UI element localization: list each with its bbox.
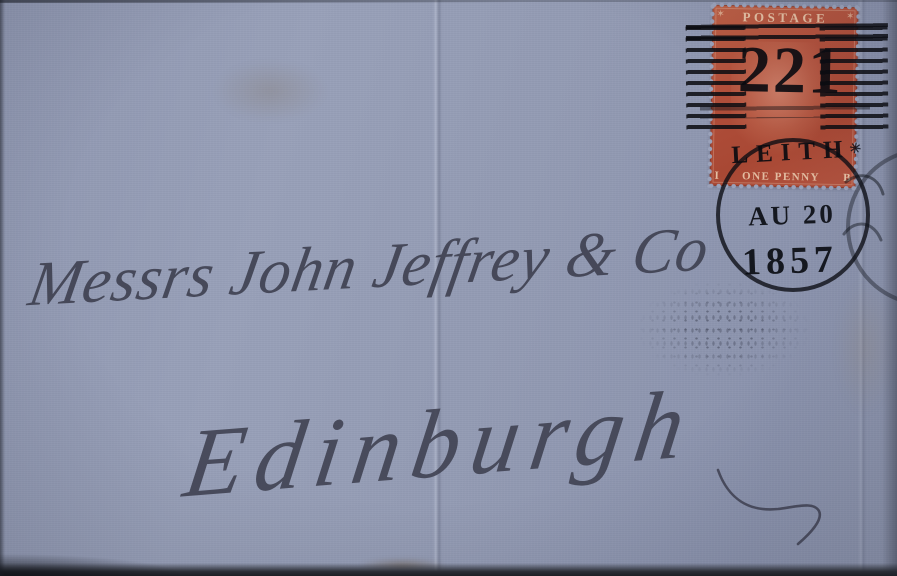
envelope-top-edge-line xyxy=(0,0,897,2)
envelope-right-edge xyxy=(882,0,897,576)
photo-vignette xyxy=(0,0,897,576)
envelope-left-edge xyxy=(0,0,5,576)
envelope-photo: Messrs John Jeffrey & Co Edinburgh POSTA… xyxy=(0,0,897,576)
envelope-bottom-left-corner xyxy=(0,554,180,576)
